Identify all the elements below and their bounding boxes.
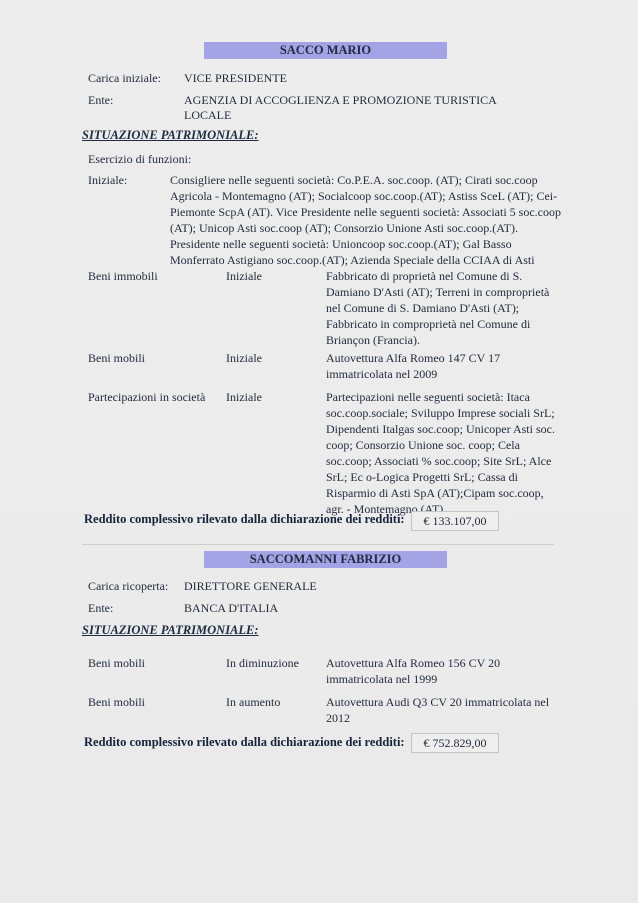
functions-line: Monferrato Astigiano soc.coop.(AT); Azie… <box>170 252 561 268</box>
asset-category: Partecipazioni in società <box>88 389 205 405</box>
asset-type: In diminuzione <box>226 655 299 671</box>
asset-line: Fabbricato di proprietà nel Comune di S. <box>326 268 549 284</box>
functions-line: Agricola - Montemagno (AT); Socialcoop s… <box>170 188 561 204</box>
document-page: SACCO MARIO Carica iniziale: VICE PRESID… <box>0 0 638 903</box>
functions-line: Presidente nelle seguenti società: Union… <box>170 236 561 252</box>
role-label: Carica iniziale: <box>88 70 161 86</box>
functions-text: Consigliere nelle seguenti società: Co.P… <box>170 172 561 268</box>
income-value: € 752.829,00 <box>411 733 499 753</box>
asset-category: Beni mobili <box>88 350 145 366</box>
asset-type: Iniziale <box>226 268 262 284</box>
section-divider <box>82 544 554 545</box>
asset-line: soc.coop.sociale; Sviluppo Imprese socia… <box>326 405 555 421</box>
income-value: € 133.107,00 <box>411 511 499 531</box>
asset-description: Autovettura Alfa Romeo 156 CV 20 immatri… <box>326 655 500 687</box>
asset-category: Beni immobili <box>88 268 158 284</box>
asset-line: immatricolata nel 1999 <box>326 671 500 687</box>
entity-value-line: LOCALE <box>184 107 231 123</box>
functions-line: Piemonte ScpA (AT). Vice Presidente nell… <box>170 204 561 220</box>
functions-label: Esercizio di funzioni: <box>88 151 191 167</box>
section-title: SITUAZIONE PATRIMONIALE: <box>82 623 259 638</box>
asset-line: Dipendenti Italgas soc.coop; Unicoper As… <box>326 421 555 437</box>
asset-description: Autovettura Alfa Romeo 147 CV 17 immatri… <box>326 350 500 382</box>
income-label: Reddito complessivo rilevato dalla dichi… <box>84 512 405 527</box>
asset-type: Iniziale <box>226 350 262 366</box>
role-value: VICE PRESIDENTE <box>184 70 287 86</box>
asset-description: Autovettura Audi Q3 CV 20 immatricolata … <box>326 694 549 726</box>
entity-label: Ente: <box>88 600 113 616</box>
section-title: SITUAZIONE PATRIMONIALE: <box>82 128 259 143</box>
person-name-header: SACCOMANNI FABRIZIO <box>204 551 447 568</box>
asset-line: Briançon (Francia). <box>326 332 549 348</box>
asset-line: Partecipazioni nelle seguenti società: I… <box>326 389 555 405</box>
asset-line: Risparmio di Asti SpA (AT);Cipam soc.coo… <box>326 485 555 501</box>
entity-value-line: AGENZIA DI ACCOGLIENZA E PROMOZIONE TURI… <box>184 92 497 108</box>
asset-line: soc.coop; Associati % soc.coop; Site SrL… <box>326 453 555 469</box>
asset-type: Iniziale <box>226 389 262 405</box>
asset-description: Fabbricato di proprietà nel Comune di S.… <box>326 268 549 348</box>
functions-line: Consigliere nelle seguenti società: Co.P… <box>170 172 561 188</box>
role-value: DIRETTORE GENERALE <box>184 578 317 594</box>
asset-line: Autovettura Alfa Romeo 147 CV 17 <box>326 350 500 366</box>
asset-line: Fabbricato in comproprietà nel Comune di <box>326 316 549 332</box>
asset-line: nel Comune di S. Damiano D'Asti (AT); <box>326 300 549 316</box>
entity-label: Ente: <box>88 92 113 108</box>
asset-category: Beni mobili <box>88 655 145 671</box>
asset-line: Damiano D'Asti (AT); Terreni in compropr… <box>326 284 549 300</box>
functions-line: (AT); Unicop Asti soc.coop (AT); Consorz… <box>170 220 561 236</box>
asset-line: immatricolata nel 2009 <box>326 366 500 382</box>
asset-category: Beni mobili <box>88 694 145 710</box>
asset-description: Partecipazioni nelle seguenti società: I… <box>326 389 555 517</box>
person-name-header: SACCO MARIO <box>204 42 447 59</box>
income-label: Reddito complessivo rilevato dalla dichi… <box>84 735 405 750</box>
asset-line: SrL; Ec o-Logica Progetti SrL; Cassa di <box>326 469 555 485</box>
asset-type: In aumento <box>226 694 280 710</box>
asset-line: 2012 <box>326 710 549 726</box>
asset-line: Autovettura Audi Q3 CV 20 immatricolata … <box>326 694 549 710</box>
asset-line: Autovettura Alfa Romeo 156 CV 20 <box>326 655 500 671</box>
asset-line: coop; Consorzio Unione soc. coop; Cela <box>326 437 555 453</box>
role-label: Carica ricoperta: <box>88 578 168 594</box>
functions-initial-label: Iniziale: <box>88 172 127 188</box>
entity-value-line: BANCA D'ITALIA <box>184 600 278 616</box>
